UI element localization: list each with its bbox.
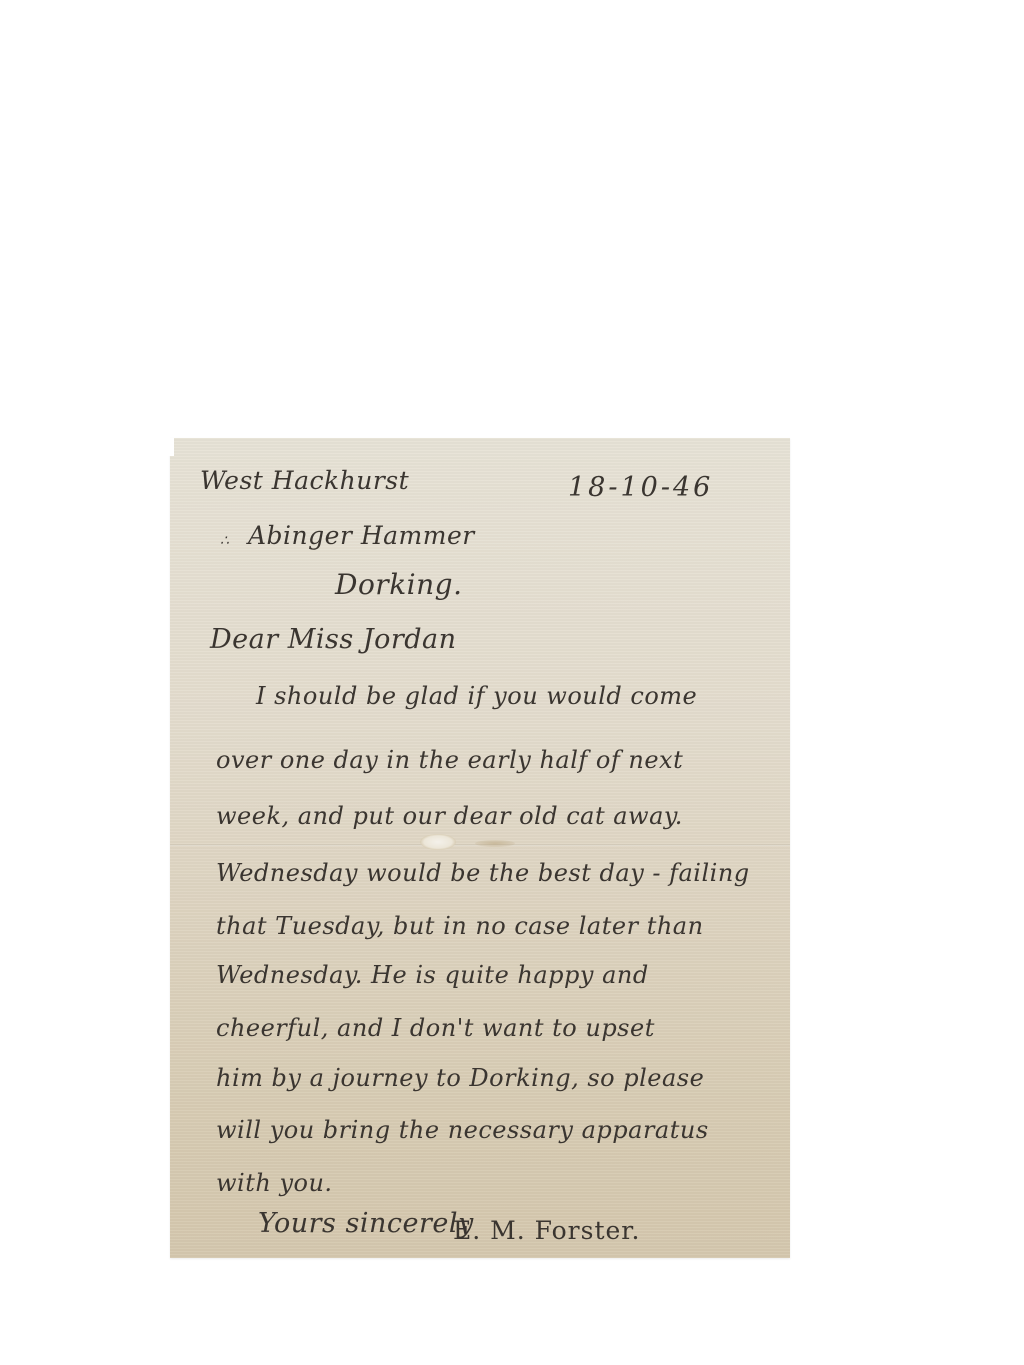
letter-paper: West Hackhurst ∴ Abinger Hammer Dorking.… xyxy=(170,438,790,1258)
address-line-3: Dorking. xyxy=(335,571,462,599)
body-line: I should be glad if you would come xyxy=(256,684,697,708)
signature: E. M. Forster. xyxy=(453,1218,640,1243)
body-line: Wednesday would be the best day - failin… xyxy=(216,861,750,885)
address-mark: ∴ xyxy=(220,534,229,548)
fold-stain xyxy=(420,834,456,850)
letter-photograph: West Hackhurst ∴ Abinger Hammer Dorking.… xyxy=(0,0,1024,1365)
body-line: that Tuesday, but in no case later than xyxy=(216,914,704,938)
body-line: Wednesday. He is quite happy and xyxy=(216,963,649,987)
closing: Yours sincerely xyxy=(258,1210,474,1237)
salutation: Dear Miss Jordan xyxy=(210,626,457,653)
body-line: with you. xyxy=(216,1171,333,1195)
fold-stain-small xyxy=(475,840,515,847)
address-line-1: West Hackhurst xyxy=(200,468,409,493)
letter-date: 18-10-46 xyxy=(568,474,713,501)
address-line-2: Abinger Hammer xyxy=(248,523,475,548)
body-line: cheerful, and I don't want to upset xyxy=(216,1016,655,1040)
body-line: over one day in the early half of next xyxy=(216,748,683,772)
paper-corner-notch xyxy=(168,438,174,456)
body-line: week, and put our dear old cat away. xyxy=(216,804,683,828)
body-line: will you bring the necessary apparatus xyxy=(216,1118,709,1142)
body-line: him by a journey to Dorking, so please xyxy=(216,1066,704,1090)
